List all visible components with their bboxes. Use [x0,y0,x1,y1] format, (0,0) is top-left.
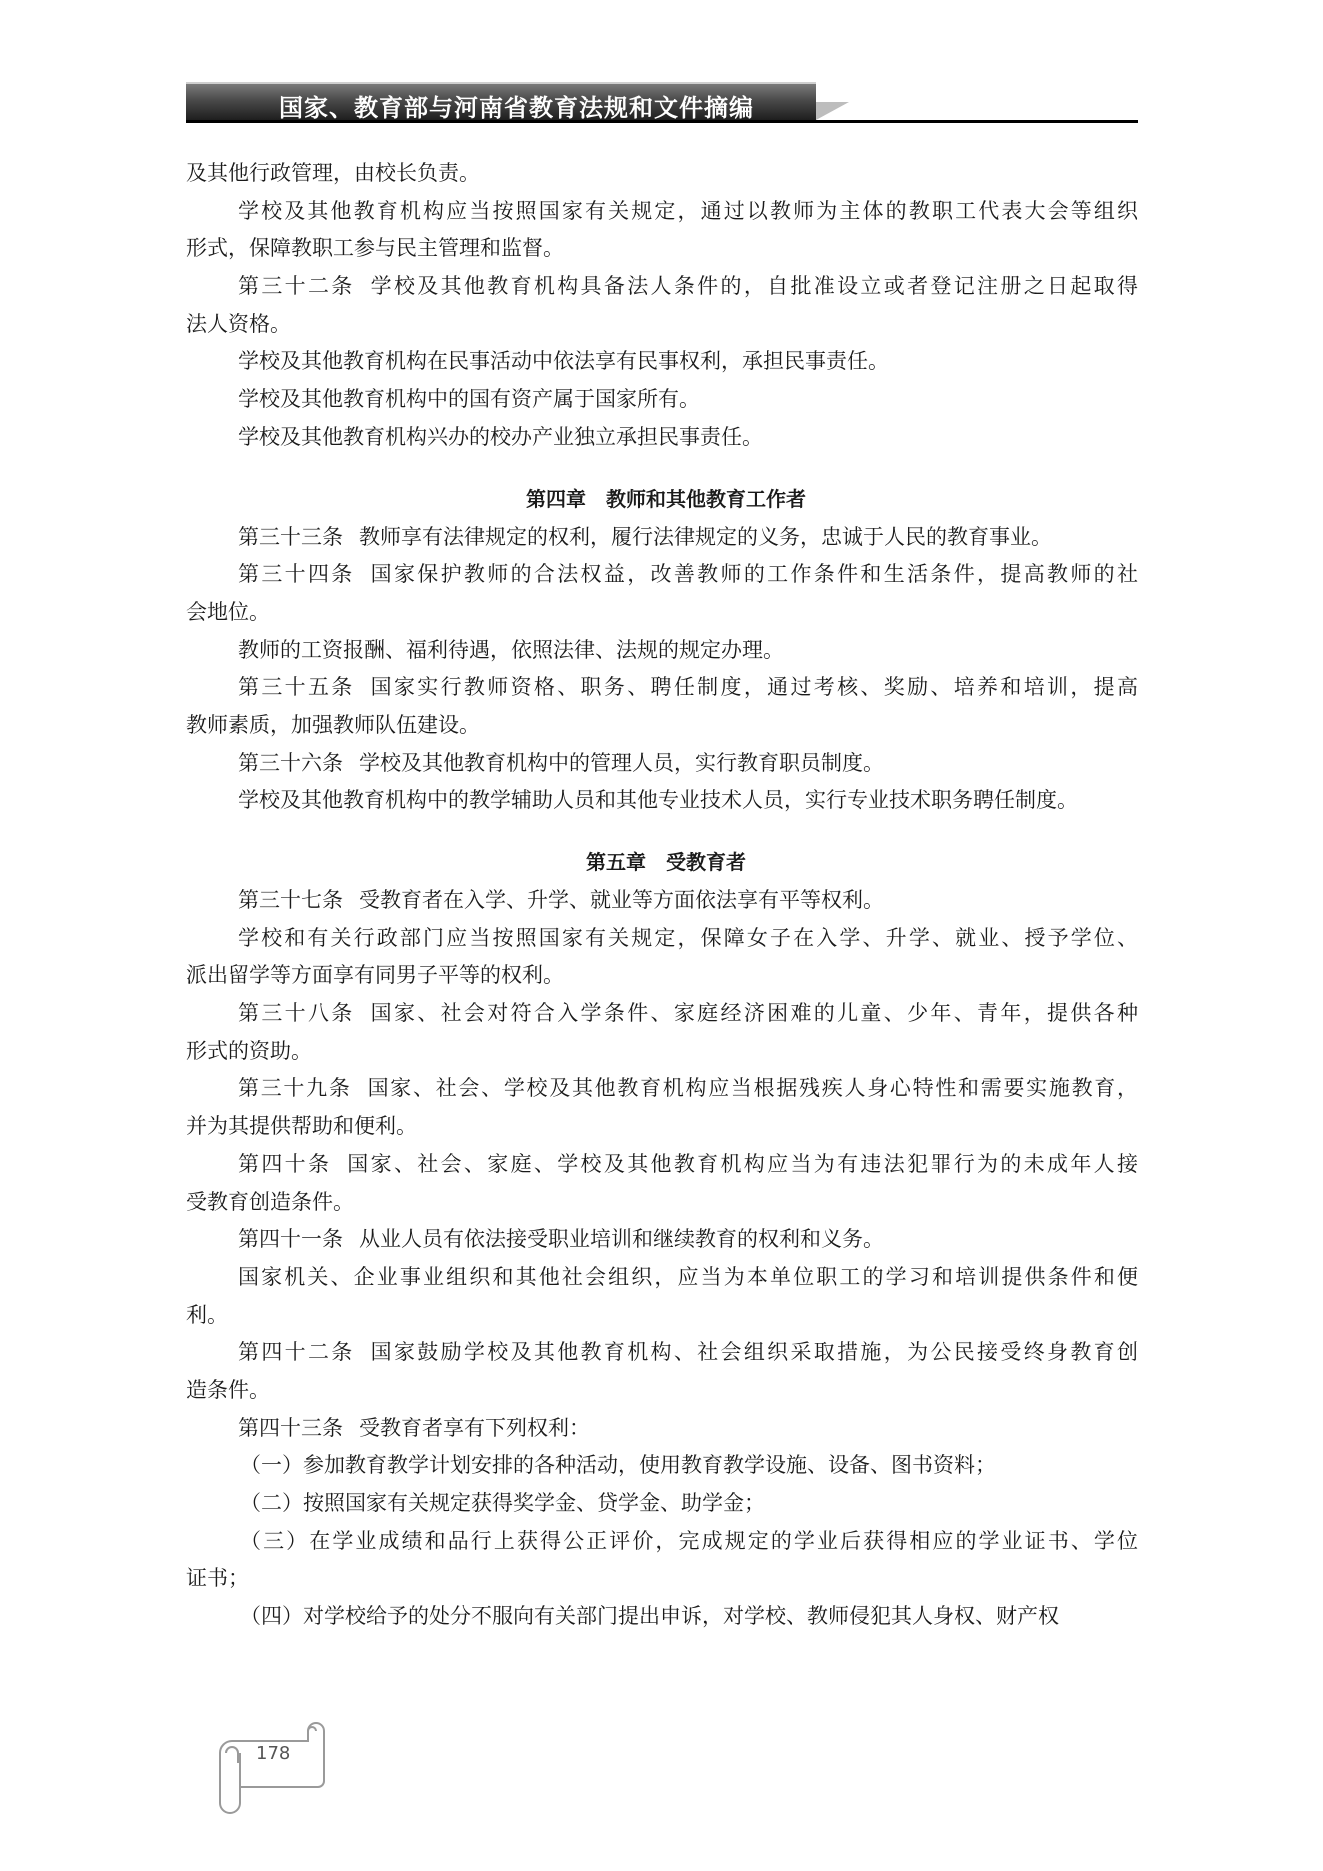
list-item-line: （一）参加教育教学计划安排的各种活动，使用教育教学设施、设备、图书资料； [186,1447,1146,1485]
document-body: 及其他行政管理，由校长负责。学校及其他教育机构应当按照国家有关规定，通过以教师为… [186,155,1146,1636]
paragraph-line: 学校及其他教育机构应当按照国家有关规定，通过以教师为主体的教职工代表大会等组织 [186,193,1146,231]
article-number: 第四十二条 [238,1340,355,1364]
paragraph-line: 及其他行政管理，由校长负责。 [186,155,1146,193]
paragraph-line: 学校及其他教育机构兴办的校办产业独立承担民事责任。 [186,419,1146,457]
article-line: 第四十条国家、社会、家庭、学校及其他教育机构应当为有违法犯罪行为的未成年人接 [186,1146,1146,1184]
paragraph-line: 利。 [186,1297,1146,1335]
heading-spacer [186,457,1146,473]
paragraph-line: 派出留学等方面享有同男子平等的权利。 [186,957,1146,995]
running-header-title: 国家、教育部与河南省教育法规和文件摘编 [279,88,754,123]
article-text: 从业人员有依法接受职业培训和继续教育的权利和义务。 [359,1227,884,1251]
article-number: 第三十九条 [238,1076,352,1100]
article-number: 第三十四条 [238,562,355,586]
article-number: 第三十八条 [238,1001,355,1025]
article-text: 国家、社会、学校及其他教育机构应当根据残疾人身心特性和需要实施教育， [368,1076,1138,1100]
article-line: 第三十三条教师享有法律规定的权利，履行法律规定的义务，忠诚于人民的教育事业。 [186,519,1146,557]
article-line: 第三十四条国家保护教师的合法权益，改善教师的工作条件和生活条件，提高教师的社 [186,556,1146,594]
list-item-line: （四）对学校给予的处分不服向有关部门提出申诉，对学校、教师侵犯其人身权、财产权 [186,1598,1146,1636]
article-line: 第四十二条国家鼓励学校及其他教育机构、社会组织采取措施，为公民接受终身教育创 [186,1334,1146,1372]
paragraph-line: 学校及其他教育机构在民事活动中依法享有民事权利，承担民事责任。 [186,343,1146,381]
chapter-heading: 第五章 受教育者 [186,836,1146,882]
page-number-scroll: 178 [208,1717,330,1817]
paragraph-line: 形式，保障教职工参与民主管理和监督。 [186,230,1146,268]
article-number: 第四十一条 [238,1227,343,1251]
article-line: 法人资格。 [186,306,1146,344]
article-line: 教师素质，加强教师队伍建设。 [186,707,1146,745]
article-line: 第三十七条受教育者在入学、升学、就业等方面依法享有平等权利。 [186,882,1146,920]
article-text: 国家、社会对符合入学条件、家庭经济困难的儿童、少年、青年，提供各种 [371,1001,1138,1025]
list-item-line: （二）按照国家有关规定获得奖学金、贷学金、助学金； [186,1485,1146,1523]
scroll-banner-icon [208,1717,330,1817]
article-text: 国家鼓励学校及其他教育机构、社会组织采取措施，为公民接受终身教育创 [371,1340,1138,1364]
heading-spacer [186,820,1146,836]
header-rule [186,120,1138,123]
paragraph-line: 学校和有关行政部门应当按照国家有关规定，保障女子在入学、升学、就业、授予学位、 [186,920,1146,958]
article-line: 造条件。 [186,1372,1146,1410]
article-text: 教师享有法律规定的权利，履行法律规定的义务，忠诚于人民的教育事业。 [359,525,1052,549]
article-line: 形式的资助。 [186,1033,1146,1071]
article-number: 第四十三条 [238,1416,343,1440]
paragraph-line: 学校及其他教育机构中的教学辅助人员和其他专业技术人员，实行专业技术职务聘任制度。 [186,782,1146,820]
article-line: 第四十三条受教育者享有下列权利： [186,1410,1146,1448]
article-line: 第四十一条从业人员有依法接受职业培训和继续教育的权利和义务。 [186,1221,1146,1259]
running-header-banner: 国家、教育部与河南省教育法规和文件摘编 [186,82,816,120]
article-line: 并为其提供帮助和便利。 [186,1108,1146,1146]
article-text: 受教育者在入学、升学、就业等方面依法享有平等权利。 [359,888,884,912]
article-text: 国家实行教师资格、职务、聘任制度，通过考核、奖励、培养和培训，提高 [371,675,1138,699]
article-line: 受教育创造条件。 [186,1184,1146,1222]
article-line: 第三十六条学校及其他教育机构中的管理人员，实行教育职员制度。 [186,745,1146,783]
article-number: 第三十七条 [238,888,343,912]
article-line: 第三十八条国家、社会对符合入学条件、家庭经济困难的儿童、少年、青年，提供各种 [186,995,1146,1033]
paragraph-line: 教师的工资报酬、福利待遇，依照法律、法规的规定办理。 [186,632,1146,670]
article-text: 国家保护教师的合法权益，改善教师的工作条件和生活条件，提高教师的社 [371,562,1138,586]
header-fold-decoration [816,102,849,120]
article-text: 国家、社会、家庭、学校及其他教育机构应当为有违法犯罪行为的未成年人接 [347,1152,1138,1176]
article-number: 第四十条 [238,1152,331,1176]
page-number: 178 [256,1743,290,1764]
article-number: 第三十二条 [238,274,355,298]
paragraph-line: 国家机关、企业事业组织和其他社会组织，应当为本单位职工的学习和培训提供条件和便 [186,1259,1146,1297]
article-text: 学校及其他教育机构中的管理人员，实行教育职员制度。 [359,751,884,775]
article-number: 第三十五条 [238,675,355,699]
list-item-line: （三）在学业成绩和品行上获得公正评价，完成规定的学业后获得相应的学业证书、学位 [186,1523,1146,1561]
article-line: 会地位。 [186,594,1146,632]
article-line: 第三十九条国家、社会、学校及其他教育机构应当根据残疾人身心特性和需要实施教育， [186,1070,1146,1108]
chapter-heading: 第四章 教师和其他教育工作者 [186,473,1146,519]
article-text: 受教育者享有下列权利： [359,1416,590,1440]
article-number: 第三十三条 [238,525,343,549]
list-item-line: 证书； [186,1560,1146,1598]
article-line: 第三十二条学校及其他教育机构具备法人条件的，自批准设立或者登记注册之日起取得 [186,268,1146,306]
article-line: 第三十五条国家实行教师资格、职务、聘任制度，通过考核、奖励、培养和培训，提高 [186,669,1146,707]
article-number: 第三十六条 [238,751,343,775]
paragraph-line: 学校及其他教育机构中的国有资产属于国家所有。 [186,381,1146,419]
article-text: 学校及其他教育机构具备法人条件的，自批准设立或者登记注册之日起取得 [371,274,1138,298]
